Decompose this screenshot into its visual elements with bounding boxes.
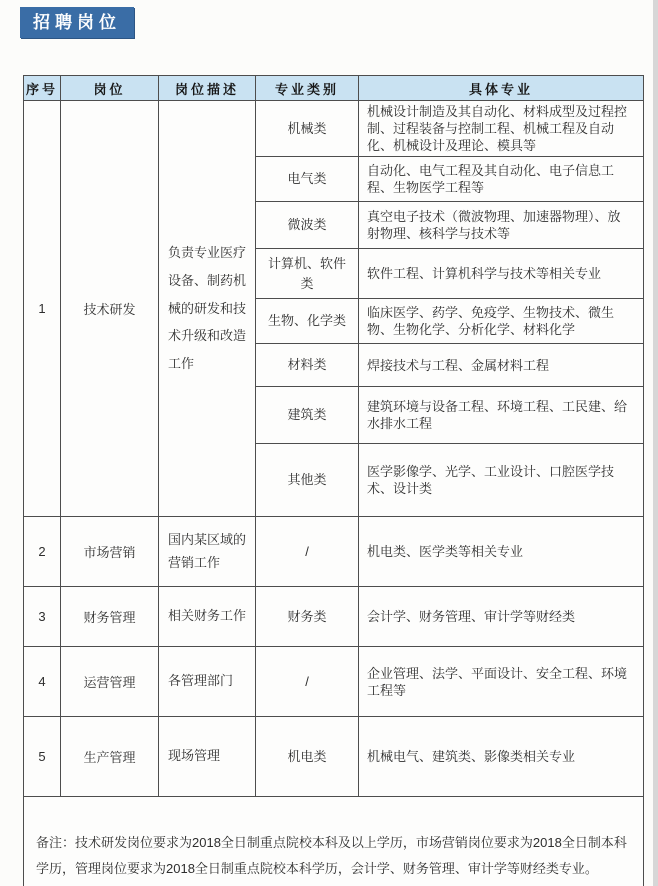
cell-majors: 建筑环境与设备工程、环境工程、工民建、给水排水工程 <box>359 387 644 444</box>
cell-position: 生产管理 <box>61 717 159 797</box>
cell-majors: 真空电子技术（微波物理、加速器物理）、放射物理、核科学与技术等 <box>359 202 644 249</box>
cell-position: 运营管理 <box>61 647 159 717</box>
cell-category: / <box>256 517 359 587</box>
page-edge-shadow <box>653 0 658 886</box>
cell-seq: 3 <box>24 587 61 647</box>
cell-category: 机电类 <box>256 717 359 797</box>
col-header-position: 岗位 <box>61 76 159 101</box>
cell-description: 现场管理 <box>159 717 256 797</box>
col-header-seq: 序号 <box>24 76 61 101</box>
table-row: 4 运营管理 各管理部门 / 企业管理、法学、平面设计、安全工程、环境工程等 <box>24 647 644 717</box>
cell-description: 国内某区域的营销工作 <box>159 517 256 587</box>
note-text: 备注：技术研发岗位要求为2018全日制重点院校本科及以上学历，市场营销岗位要求为… <box>24 797 644 886</box>
cell-category: / <box>256 647 359 717</box>
cell-majors: 焊接技术与工程、金属材料工程 <box>359 344 644 387</box>
cell-position: 技术研发 <box>61 101 159 517</box>
cell-majors: 会计学、财务管理、审计学等财经类 <box>359 587 644 647</box>
cell-majors: 企业管理、法学、平面设计、安全工程、环境工程等 <box>359 647 644 717</box>
col-header-category: 专业类别 <box>256 76 359 101</box>
cell-majors: 临床医学、药学、免疫学、生物技术、微生物、生物化学、分析化学、材料化学 <box>359 299 644 344</box>
recruitment-table: 序号 岗位 岗位描述 专业类别 具体专业 1 技术研发 负责专业医疗设备、制药机… <box>23 75 644 886</box>
cell-description: 各管理部门 <box>159 647 256 717</box>
page: { "page_title": "招聘岗位", "colors": { "tit… <box>0 0 658 886</box>
cell-category: 生物、化学类 <box>256 299 359 344</box>
cell-category: 电气类 <box>256 157 359 202</box>
table-row: 3 财务管理 相关财务工作 财务类 会计学、财务管理、审计学等财经类 <box>24 587 644 647</box>
table-row: 5 生产管理 现场管理 机电类 机械电气、建筑类、影像类相关专业 <box>24 717 644 797</box>
cell-category: 材料类 <box>256 344 359 387</box>
cell-position: 财务管理 <box>61 587 159 647</box>
cell-seq: 5 <box>24 717 61 797</box>
header-row: 序号 岗位 岗位描述 专业类别 具体专业 <box>24 76 644 101</box>
cell-majors: 自动化、电气工程及其自动化、电子信息工程、生物医学工程等 <box>359 157 644 202</box>
cell-category: 建筑类 <box>256 387 359 444</box>
cell-seq: 4 <box>24 647 61 717</box>
col-header-majors: 具体专业 <box>359 76 644 101</box>
col-header-description: 岗位描述 <box>159 76 256 101</box>
cell-majors: 机械电气、建筑类、影像类相关专业 <box>359 717 644 797</box>
cell-seq: 1 <box>24 101 61 517</box>
cell-category: 其他类 <box>256 444 359 517</box>
cell-category: 机械类 <box>256 101 359 157</box>
cell-description: 相关财务工作 <box>159 587 256 647</box>
table-row: 1 技术研发 负责专业医疗设备、制药机械的研发和技术升级和改造工作 机械类 机械… <box>24 101 644 157</box>
cell-majors: 医学影像学、光学、工业设计、口腔医学技术、设计类 <box>359 444 644 517</box>
cell-majors: 机械设计制造及其自动化、材料成型及过程控制、过程装备与控制工程、机械工程及自动化… <box>359 101 644 157</box>
table-row: 2 市场营销 国内某区域的营销工作 / 机电类、医学类等相关专业 <box>24 517 644 587</box>
cell-majors: 软件工程、计算机科学与技术等相关专业 <box>359 249 644 299</box>
cell-category: 计算机、软件类 <box>256 249 359 299</box>
cell-seq: 2 <box>24 517 61 587</box>
note-row: 备注：技术研发岗位要求为2018全日制重点院校本科及以上学历，市场营销岗位要求为… <box>24 797 644 886</box>
cell-category: 财务类 <box>256 587 359 647</box>
cell-description: 负责专业医疗设备、制药机械的研发和技术升级和改造工作 <box>159 101 256 517</box>
cell-category: 微波类 <box>256 202 359 249</box>
cell-majors: 机电类、医学类等相关专业 <box>359 517 644 587</box>
page-title: 招聘岗位 <box>20 7 134 38</box>
cell-position: 市场营销 <box>61 517 159 587</box>
